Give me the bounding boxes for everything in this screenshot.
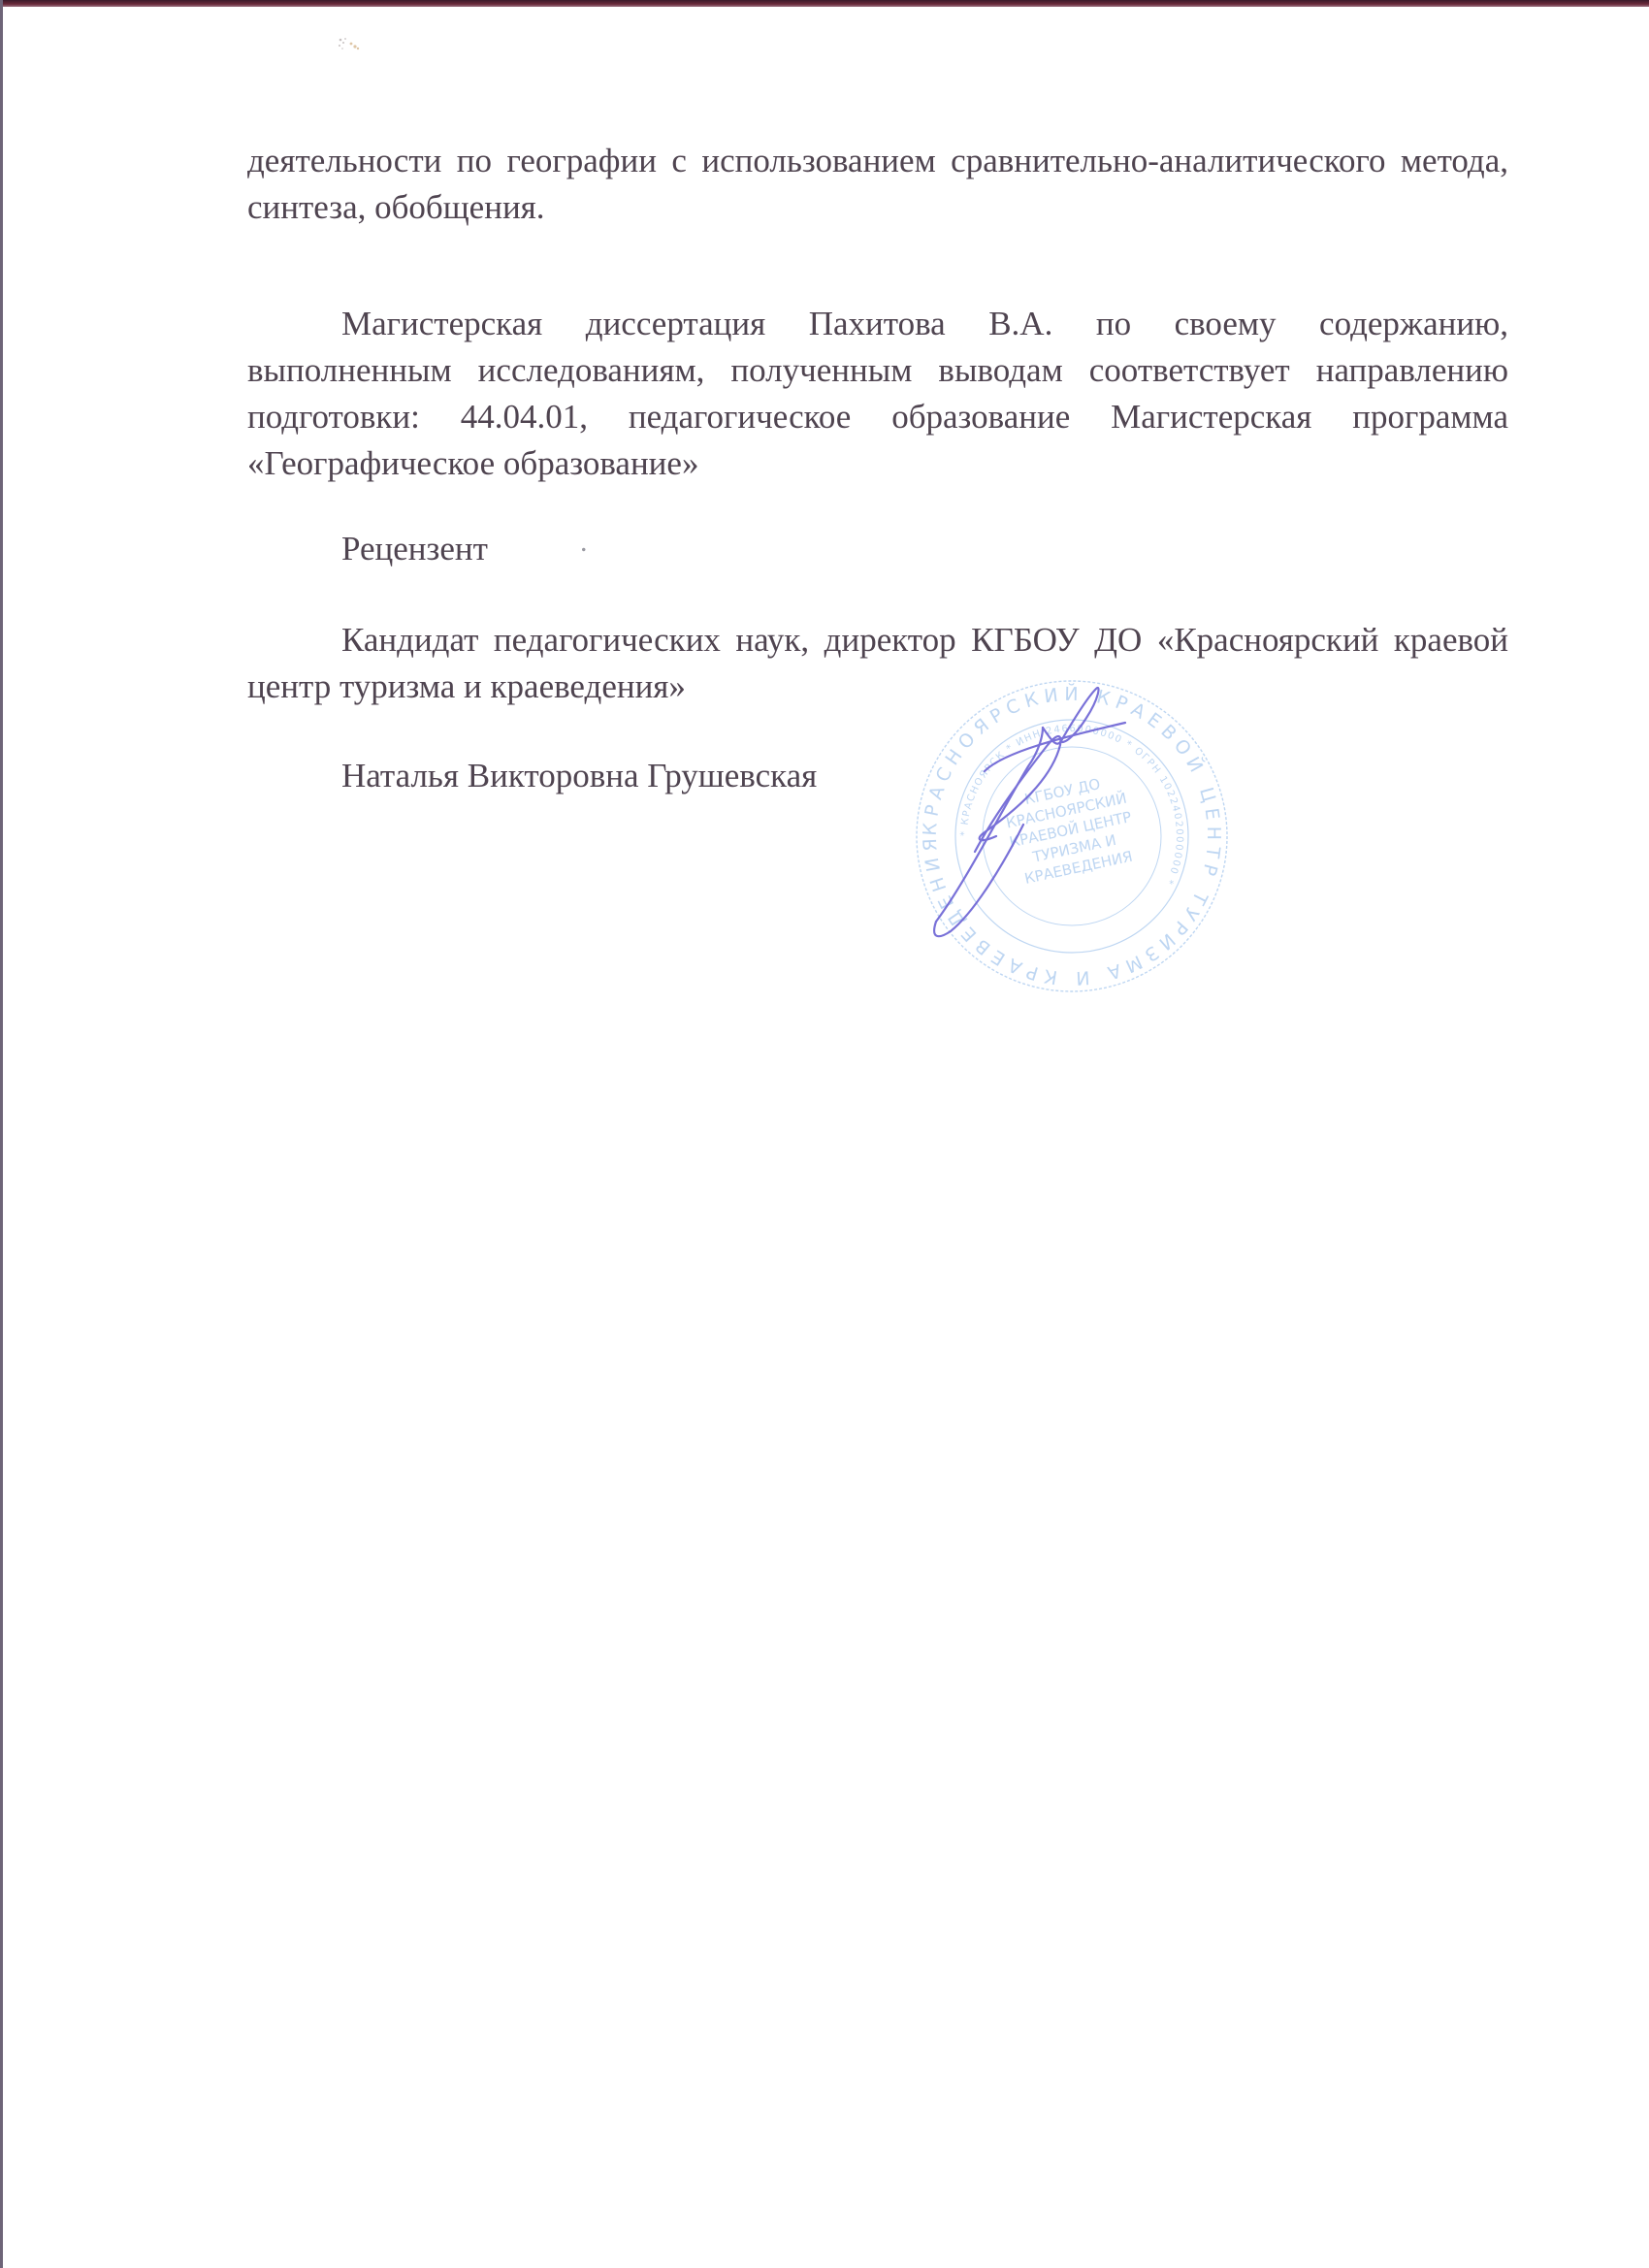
reviewer-position: Кандидат педагогических наук, директор К… [247, 617, 1508, 710]
scan-left-edge [0, 0, 3, 2268]
document-page: деятельности по географии с использовани… [247, 138, 1508, 799]
official-stamp-with-signature: КРАСНОЯРСКИЙ КРАЕВОЙ ЦЕНТР ТУРИЗМА И КРА… [907, 669, 1237, 1004]
paragraph-conclusion: Магистерская диссертация Пахитова В.А. п… [247, 301, 1508, 487]
spacer [247, 487, 1508, 526]
scan-smudge [335, 34, 373, 55]
paragraph-methods: деятельности по географии с использовани… [247, 138, 1508, 231]
reviewer-label-line: Рецензент . [247, 526, 1508, 572]
scan-top-edge [0, 0, 1649, 7]
reviewer-name: Наталья Викторовна Грушевская [247, 753, 1508, 799]
spacer [247, 710, 1508, 753]
spacer [247, 572, 1508, 617]
reviewer-label: Рецензент [247, 526, 1508, 572]
spacer [247, 231, 1508, 301]
faint-mark: . [580, 526, 588, 559]
